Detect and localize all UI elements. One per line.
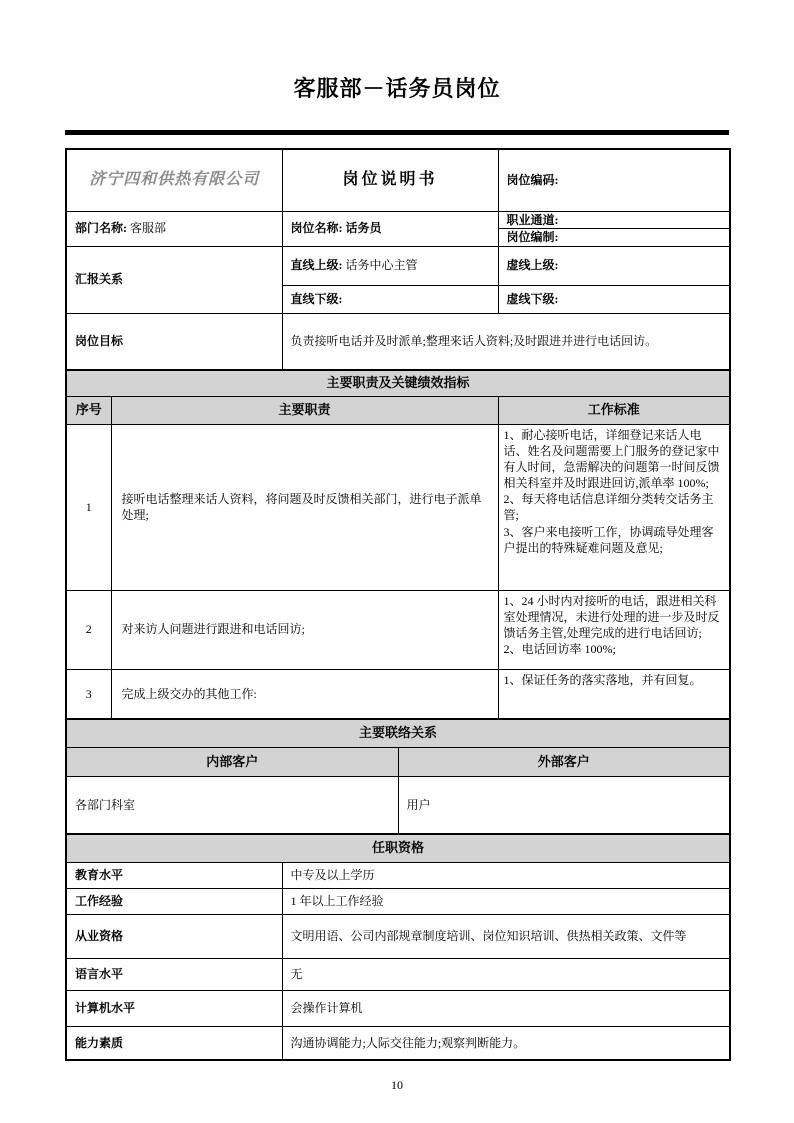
goal-label: 岗位目标 [75,334,123,348]
contacts-section-title: 主要联络关系 [66,719,730,747]
page-number: 10 [65,1078,729,1093]
external-customers-value: 用户 [398,776,730,834]
professional-qualification-label: 从业资格 [66,914,282,958]
experience-label: 工作经验 [66,888,282,914]
education-label: 教育水平 [66,862,282,888]
dotted-subordinate-label: 虚线下级: [507,292,559,306]
page-title: 客服部－话务员岗位 [65,0,729,103]
computer-skill-label: 计算机水平 [66,990,282,1026]
table-row: 能力素质 沟通协调能力;人际交往能力;观察判断能力。 [66,1026,730,1060]
duties-section-title: 主要职责及关键绩效指标 [66,370,730,396]
professional-qualification-value: 文明用语、公司内部规章制度培训、岗位知识培训、供热相关政策、文件等 [282,914,730,958]
table-row: 汇报关系 直线上级: 话务中心主管 虚线上级: [66,246,730,285]
company-cell: 济宁四和供热有限公司 [66,149,282,211]
duty-standard: 1、保证任务的落实落地，并有回复。 [498,669,730,719]
competency-label: 能力素质 [66,1026,282,1060]
education-value: 中专及以上学历 [282,862,730,888]
department-value: 客服部 [130,221,166,235]
line-subordinate-label: 直线下级: [291,292,343,306]
line-subordinate-cell: 直线下级: [282,285,498,313]
reporting-label: 汇报关系 [75,272,123,286]
department-label: 部门名称: [75,221,127,235]
header-table: 济宁四和供热有限公司 岗位说明书 岗位编码: 部门名称: 客服部 岗位名称: 话… [65,148,731,371]
table-row: 3 完成上级交办的其他工作: 1、保证任务的落实落地，并有回复。 [66,669,730,719]
line-superior-value: 话务中心主管 [346,258,418,272]
duty-row-no: 1 [66,424,111,590]
duty-text: 完成上级交办的其他工作: [111,669,498,719]
section-header-row: 主要联络关系 [66,719,730,747]
position-code-label: 岗位编码: [507,173,559,187]
career-path-label: 职业通道: [499,212,730,229]
table-row: 部门名称: 客服部 岗位名称: 话务员 职业通道: 岗位编制: [66,211,730,246]
experience-value: 1 年以上工作经验 [282,888,730,914]
table-row: 1 接听电话整理来话人资料，将问题及时反馈相关部门，进行电子派单处理; 1、耐心… [66,424,730,590]
column-header-duty: 主要职责 [111,396,498,424]
duties-table: 主要职责及关键绩效指标 序号 主要职责 工作标准 1 接听电话整理来话人资料，将… [65,369,731,720]
headcount-label: 岗位编制: [499,229,730,246]
duty-text: 接听电话整理来话人资料，将问题及时反馈相关部门，进行电子派单处理; [111,424,498,590]
doc-title: 岗位说明书 [282,149,498,211]
line-superior-label: 直线上级: [291,258,343,272]
duty-row-no: 3 [66,669,111,719]
contacts-table: 主要联络关系 内部客户 外部客户 各部门科室 用户 [65,718,731,835]
qualifications-section-title: 任职资格 [66,834,730,862]
qualifications-table: 任职资格 教育水平 中专及以上学历 工作经验 1 年以上工作经验 从业资格 文明… [65,833,731,1061]
position-name-label: 岗位名称: [291,221,343,235]
language-label: 语言水平 [66,958,282,990]
goal-value: 负责接听电话并及时派单;整理来话人资料;及时跟进并进行电话回访。 [282,313,730,370]
duty-standard: 1、耐心接听电话，详细登记来话人电话、姓名及问题需要上门服务的登记家中有人时间，… [498,424,730,590]
table-row: 教育水平 中专及以上学历 [66,862,730,888]
column-header-standard: 工作标准 [498,396,730,424]
dotted-superior-cell: 虚线上级: [498,246,730,285]
column-header-row: 序号 主要职责 工作标准 [66,396,730,424]
section-header-row: 主要职责及关键绩效指标 [66,370,730,396]
career-headcount-cell: 职业通道: 岗位编制: [498,211,730,246]
table-row: 工作经验 1 年以上工作经验 [66,888,730,914]
duty-text: 对来访人问题进行跟进和电话回访; [111,590,498,669]
position-code-cell: 岗位编码: [498,149,730,211]
column-header-row: 内部客户 外部客户 [66,747,730,776]
language-value: 无 [282,958,730,990]
duty-row-no: 2 [66,590,111,669]
internal-customers-value: 各部门科室 [66,776,398,834]
dotted-subordinate-cell: 虚线下级: [498,285,730,313]
goal-label-cell: 岗位目标 [66,313,282,370]
section-header-row: 任职资格 [66,834,730,862]
position-name-value: 话务员 [346,221,382,235]
document-page: 客服部－话务员岗位 济宁四和供热有限公司 岗位说明书 岗位编码: 部门名称: 客… [65,0,729,1093]
dotted-superior-label: 虚线上级: [507,258,559,272]
table-row: 从业资格 文明用语、公司内部规章制度培训、岗位知识培训、供热相关政策、文件等 [66,914,730,958]
table-row: 语言水平 无 [66,958,730,990]
reporting-cell: 汇报关系 [66,246,282,313]
competency-value: 沟通协调能力;人际交往能力;观察判断能力。 [282,1026,730,1060]
table-row: 岗位目标 负责接听电话并及时派单;整理来话人资料;及时跟进并进行电话回访。 [66,313,730,370]
table-row: 各部门科室 用户 [66,776,730,834]
department-cell: 部门名称: 客服部 [66,211,282,246]
line-superior-cell: 直线上级: 话务中心主管 [282,246,498,285]
column-header-internal: 内部客户 [66,747,398,776]
company-name: 济宁四和供热有限公司 [89,171,259,188]
column-header-no: 序号 [66,396,111,424]
computer-skill-value: 会操作计算机 [282,990,730,1026]
duty-standard: 1、24 小时内对接听的电话，跟进相关科室处理情况，未进行处理的进一步及时反馈话… [498,590,730,669]
title-divider [65,130,729,135]
table-row: 2 对来访人问题进行跟进和电话回访; 1、24 小时内对接听的电话，跟进相关科室… [66,590,730,669]
column-header-external: 外部客户 [398,747,730,776]
table-row: 济宁四和供热有限公司 岗位说明书 岗位编码: [66,149,730,211]
table-row: 计算机水平 会操作计算机 [66,990,730,1026]
position-name-cell: 岗位名称: 话务员 [282,211,498,246]
